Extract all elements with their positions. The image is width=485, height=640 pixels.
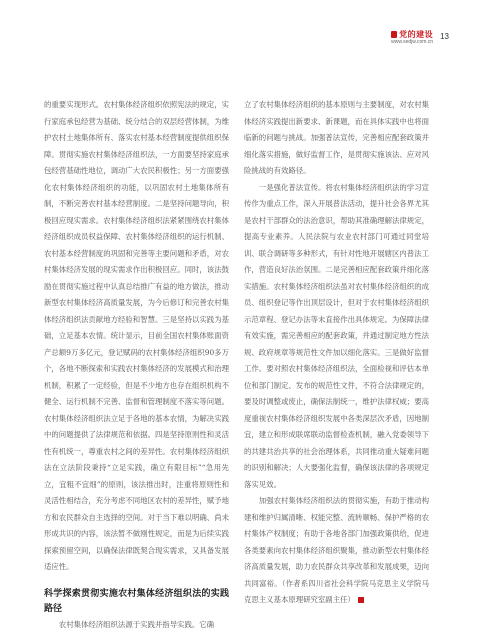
body-paragraph: 立了农村集体经济组织的基本原则与主要制度，对农村集体经济实践提出新要求、新课题，… [244,97,429,180]
masthead: 党的建设 www.sedjw.com.cn [391,30,433,45]
logo-text: 党的建设 [399,30,433,39]
right-column: 立了农村集体经济组织的基本原则与主要制度，对农村集体经济实践提出新要求、新课题，… [244,97,429,609]
logo: 党的建设 [391,30,433,39]
website-url: www.sedjw.com.cn [391,39,433,45]
page-number: 13 [440,32,449,41]
body-paragraph: 加强农村集体经济组织法的贯彻实施，有助于推动构建和维护归属清晰、权能完整、流转顺… [244,493,429,609]
body-paragraph: 一是强化普法宣传。将农村集体经济组织法的学习宣传作为重点工作，深入开展普法活动，… [244,180,429,494]
article-end-mark-icon: ID [358,597,364,603]
logo-emblem-icon [391,31,397,38]
section-heading: 科学探索贯彻实施农村集体经济组织法的实践路径 [44,587,229,617]
body-paragraph: 的重要实现形式。农村集体经济组织依照宪法的规定，实行家庭承包经营为基础、统分结合… [44,97,229,576]
left-column: 的重要实现形式。农村集体经济组织依照宪法的规定，实行家庭承包经营为基础、统分结合… [44,97,229,633]
page-header: 党的建设 www.sedjw.com.cn 13 [391,30,449,45]
closing-paragraph-text: 加强农村集体经济组织法的贯彻实施，有助于推动构建和维护归属清晰、权能完整、流转顺… [244,496,429,604]
body-paragraph: 农村集体经济组织法源于实践并指导实践。它确 [44,617,229,634]
